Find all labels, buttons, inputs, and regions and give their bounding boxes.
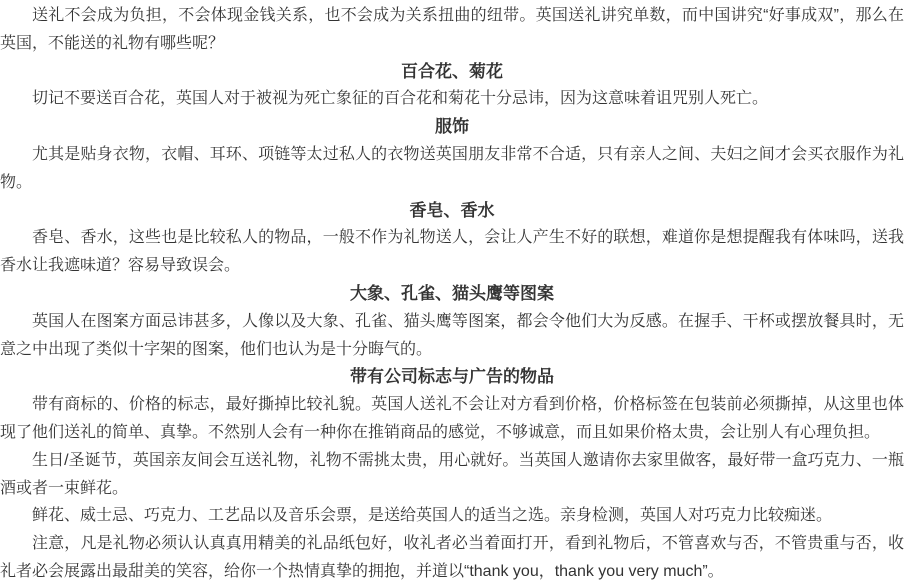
paragraph: 尤其是贴身衣物，衣帽、耳环、项链等太过私人的衣物送英国朋友非常不合适，只有亲人之… [0,141,904,197]
section-heading: 服饰 [0,113,904,141]
paragraph: 英国人在图案方面忌讳甚多，人像以及大象、孔雀、猫头鹰等图案，都会令他们大为反感。… [0,308,904,364]
article-body: 送礼不会成为负担，不会体现金钱关系，也不会成为关系扭曲的纽带。英国送礼讲究单数，… [0,0,904,585]
paragraph: 带有商标的、价格的标志，最好撕掉比较礼貌。英国人送礼不会让对方看到价格，价格标签… [0,391,904,447]
paragraph: 注意，凡是礼物必须认认真真用精美的礼品纸包好，收礼者必当着面打开，看到礼物后，不… [0,530,904,585]
paragraph: 鲜花、威士忌、巧克力、工艺品以及音乐会票，是送给英国人的适当之选。亲身检测，英国… [0,502,904,530]
paragraph: 生日/圣诞节，英国亲友间会互送礼物，礼物不需挑太贵，用心就好。当英国人邀请你去家… [0,447,904,503]
section-heading: 大象、孔雀、猫头鹰等图案 [0,280,904,308]
paragraph: 切记不要送百合花，英国人对于被视为死亡象征的百合花和菊花十分忌讳，因为这意味着诅… [0,85,904,113]
section-heading: 带有公司标志与广告的物品 [0,363,904,391]
section-heading: 香皂、香水 [0,197,904,225]
paragraph: 送礼不会成为负担，不会体现金钱关系，也不会成为关系扭曲的纽带。英国送礼讲究单数，… [0,2,904,58]
paragraph: 香皂、香水，这些也是比较私人的物品，一般不作为礼物送人，会让人产生不好的联想，难… [0,224,904,280]
section-heading: 百合花、菊花 [0,58,904,86]
